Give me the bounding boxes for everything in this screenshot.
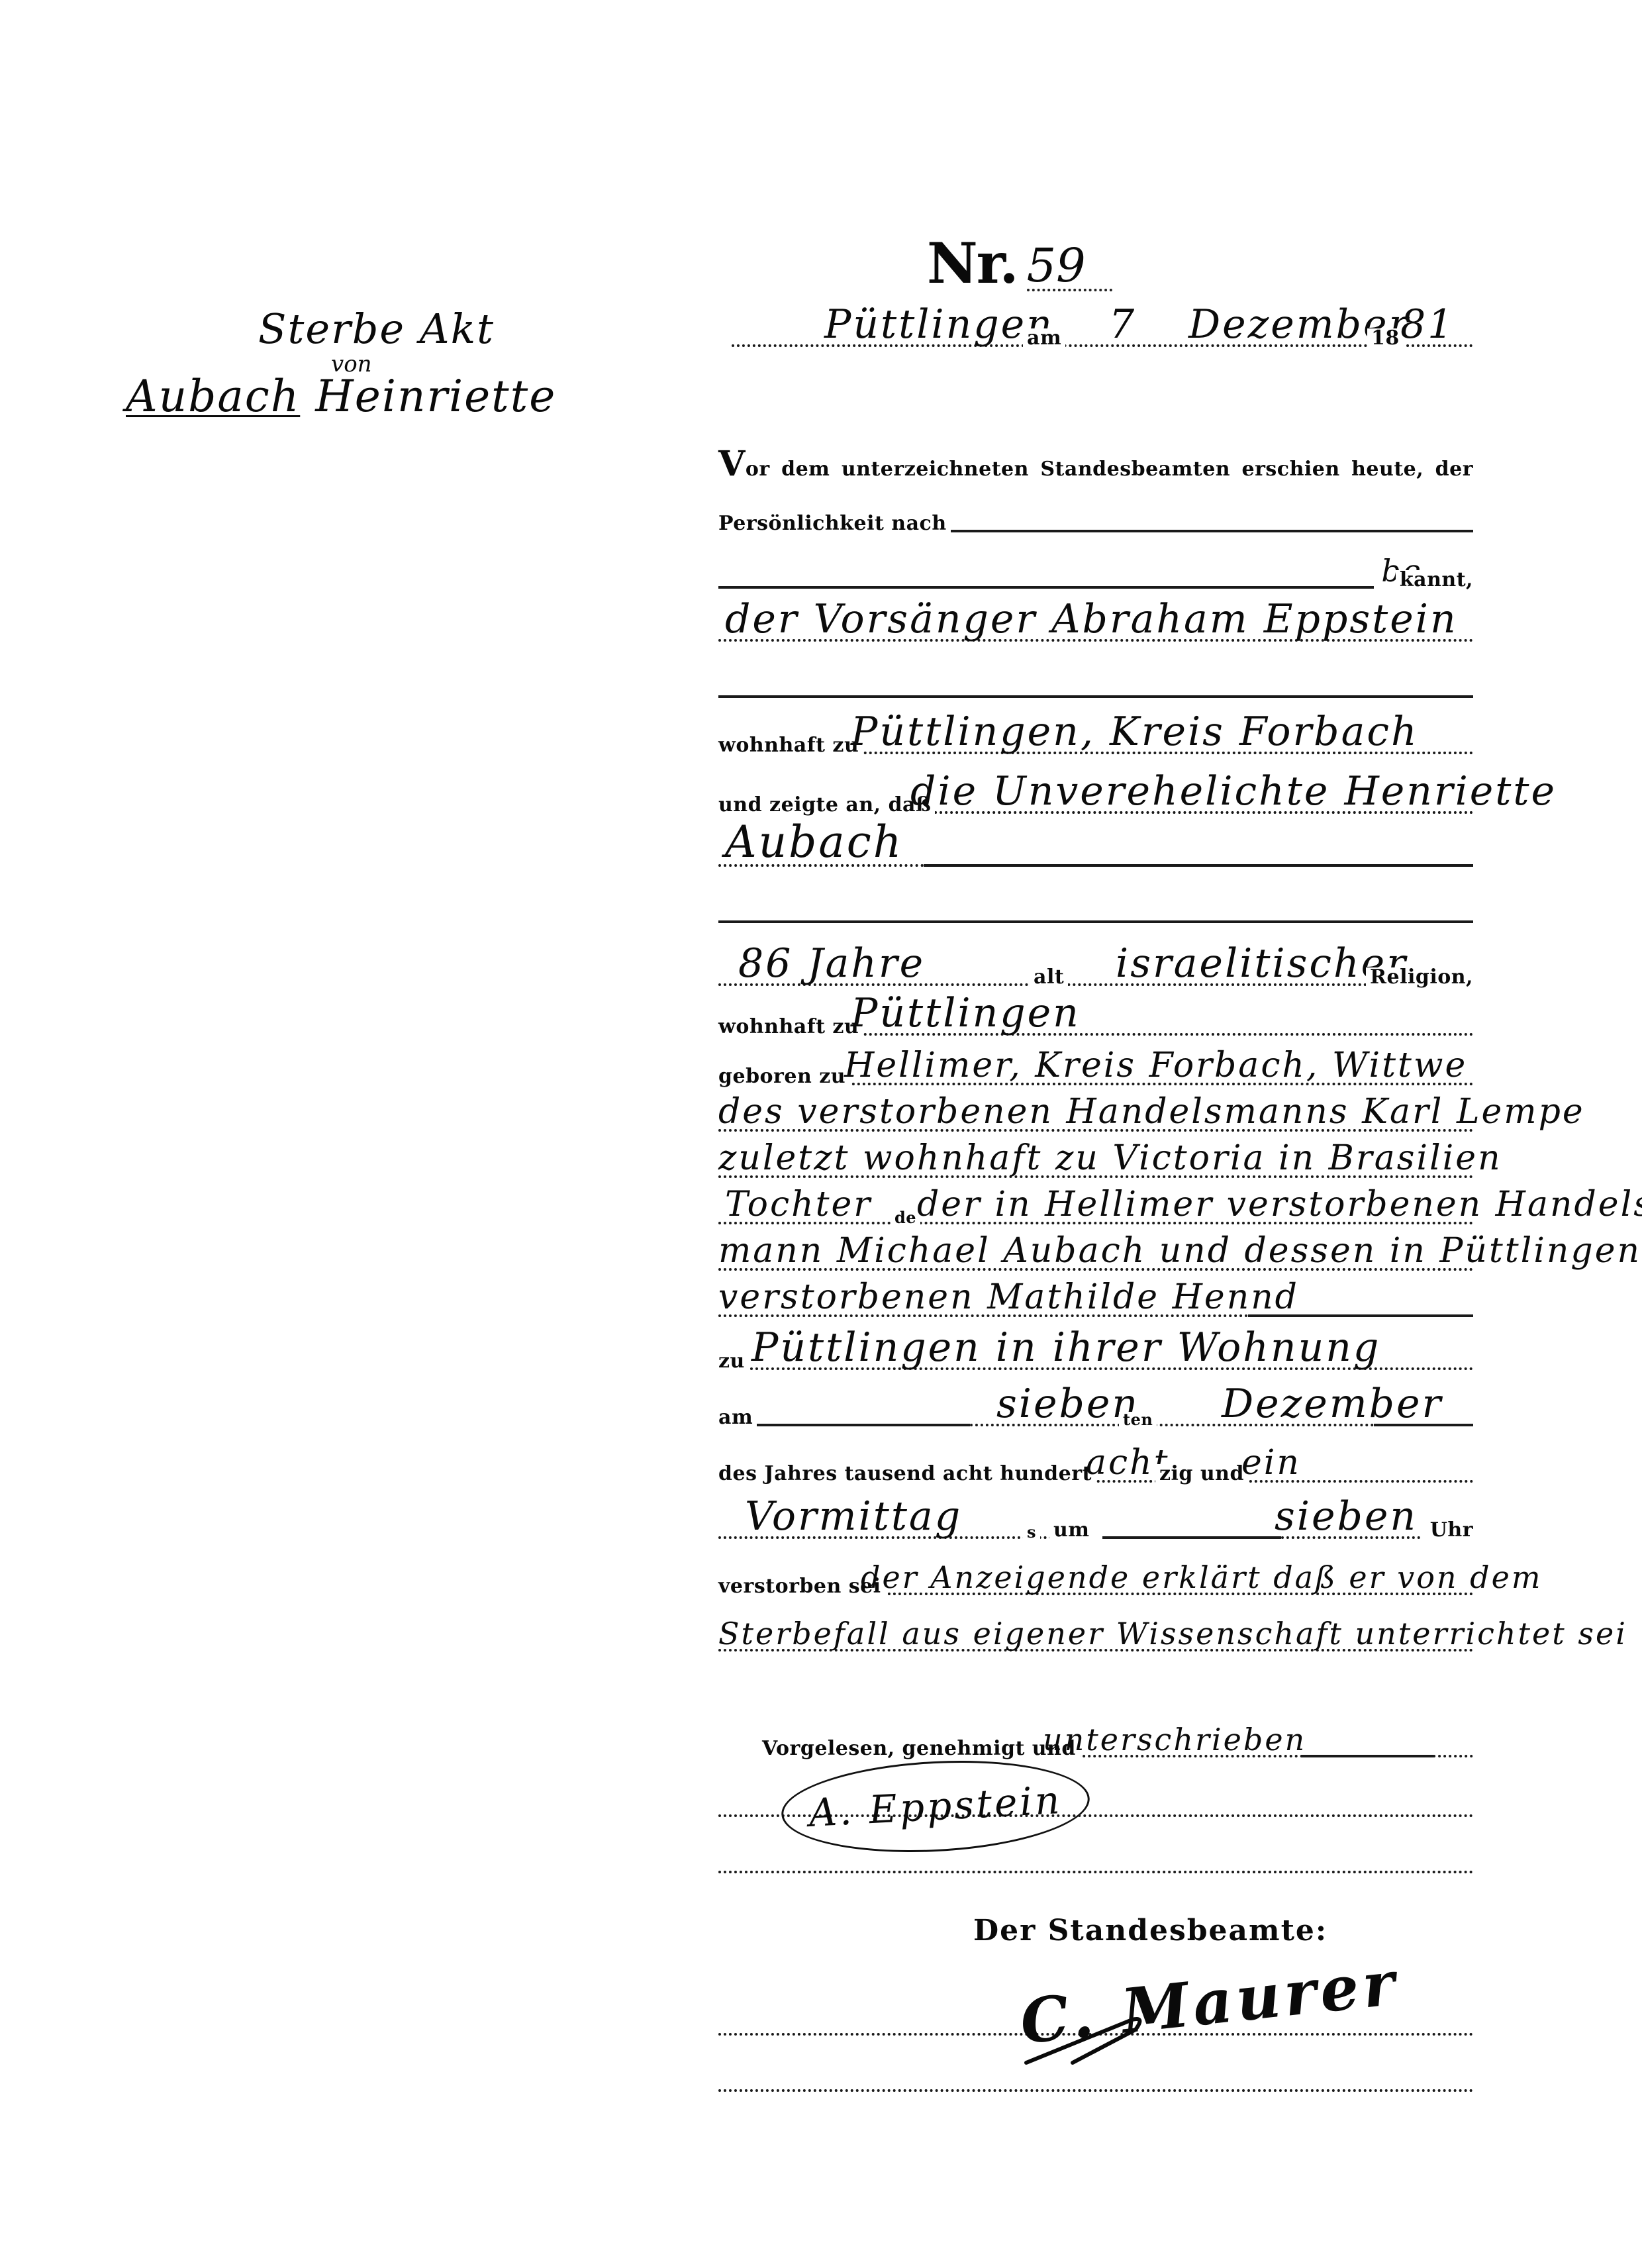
parents-row: Tochter de der in Hellimer verstorbenen … <box>718 1182 1473 1228</box>
blank-row-2 <box>718 881 1473 927</box>
am-label: am <box>1023 328 1065 348</box>
parents-row-2: mann Michael Aubach und dessen in Püttli… <box>718 1228 1473 1275</box>
deceased-residence-label: wohnhaft zu <box>714 1017 863 1037</box>
statement-line2: Sterbefall aus eigener Wissenschaft unte… <box>718 1618 1627 1649</box>
deceased-residence: Püttlingen <box>851 993 1081 1033</box>
deceased-surname-row: Aubach <box>718 824 1473 871</box>
margin-note-name: Aubach Heinriette <box>126 371 556 422</box>
birth-line1: Hellimer, Kreis Forbach, Wittwe <box>844 1048 1467 1083</box>
s-label: s <box>1023 1524 1040 1540</box>
um-label: um <box>1049 1520 1094 1540</box>
time-of-day: Vormittag <box>745 1497 962 1536</box>
death-place-row: zu Püttlingen in ihrer Wohnung <box>718 1328 1473 1374</box>
uhr-label: Uhr <box>1426 1520 1477 1540</box>
known-row: be kannt, <box>718 546 1473 593</box>
announce-row: und zeigte an, daß die Unverehelichte He… <box>718 771 1473 818</box>
intro-line: Vor dem unterzeichneten Standesbeamten e… <box>718 447 1473 481</box>
known-label: kannt, <box>1396 570 1477 590</box>
alt-label: alt <box>1030 967 1068 987</box>
death-register-page: Sterbe Akt von Aubach Heinriette Nr. 59 … <box>0 0 1642 2268</box>
birth-row-3: zuletzt wohnhaft zu Victoria in Brasilie… <box>718 1136 1473 1182</box>
deceased-residence-row: wohnhaft zu Püttlingen <box>718 993 1473 1040</box>
died-row: verstorben sei der Anzeigende erklärt da… <box>718 1553 1473 1599</box>
registrar-title: Der Standesbeamte: <box>973 1914 1328 1948</box>
death-day: sieben <box>996 1384 1139 1424</box>
born-label: geboren zu <box>714 1067 849 1087</box>
death-month: Dezember <box>1222 1384 1443 1424</box>
identity-label: Persönlichkeit nach <box>714 514 951 534</box>
margin-note: Sterbe Akt von Aubach Heinriette <box>126 291 497 437</box>
closing-value: unterschrieben <box>1043 1724 1306 1755</box>
closing-label: Vorgelesen, genehmigt und <box>758 1739 1080 1759</box>
intro-sentence: Vor dem unterzeichneten Standesbeamten e… <box>718 447 1473 481</box>
birth-row: geboren zu Hellimer, Kreis Forbach, Witt… <box>718 1043 1473 1089</box>
death-time-row: Vormittag s um sieben Uhr <box>718 1497 1473 1543</box>
margin-note-given-name: Heinriette <box>315 371 556 422</box>
closing-row: Vorgelesen, genehmigt und unterschrieben <box>718 1715 1473 1761</box>
informant-row: der Vorsänger Abraham Eppstein <box>718 599 1473 646</box>
deceased-line1: die Unverehelichte Henriette <box>910 771 1557 811</box>
place-date-line: Püttlingen am 7 Dezember 18 81 <box>732 298 1473 351</box>
birth-line3: zuletzt wohnhaft zu Victoria in Brasilie… <box>718 1141 1502 1175</box>
register-place: Püttlingen <box>824 305 1054 344</box>
deceased-surname: Aubach <box>725 820 903 864</box>
ten-label: ten <box>1119 1412 1157 1428</box>
year-label: des Jahres tausend acht hundert <box>714 1464 1096 1484</box>
registrar-signature-flourish-icon <box>1020 2006 1218 2066</box>
informant-name: der Vorsänger Abraham Eppstein <box>725 599 1458 639</box>
parents-row-3: verstorbenen Mathilde Hennd <box>718 1275 1473 1321</box>
zig-label: zig und <box>1155 1464 1248 1484</box>
birth-line2: des verstorbenen Handelsmanns Karl Lempe <box>718 1095 1585 1129</box>
parents-line3: verstorbenen Mathilde Hennd <box>718 1280 1299 1314</box>
statement-line1: der Anzeigende erklärt daß er von dem <box>861 1562 1542 1593</box>
parents-line1: der in Hellimer verstorbenen Handels- <box>917 1187 1642 1222</box>
year-suffix: 81 <box>1400 305 1455 344</box>
parents-line2: mann Michael Aubach und dessen in Püttli… <box>718 1234 1641 1268</box>
death-date-label: am <box>714 1408 757 1428</box>
birth-row-2: des verstorbenen Handelsmanns Karl Lempe <box>718 1089 1473 1136</box>
residence-label: wohnhaft zu <box>714 736 863 756</box>
informant-residence-row: wohnhaft zu Püttlingen, Kreis Forbach <box>718 712 1473 758</box>
death-year-row: des Jahres tausend acht hundert acht zig… <box>718 1440 1473 1487</box>
intro-text: Vor dem unterzeichneten Standesbeamten e… <box>718 447 1473 481</box>
announce-label: und zeigte an, daß <box>714 795 935 815</box>
record-number-label: Nr. <box>927 236 1018 291</box>
death-place: Püttlingen in ihrer Wohnung <box>751 1328 1380 1367</box>
death-place-label: zu <box>714 1352 749 1371</box>
religion-label: Religion, <box>1366 967 1477 987</box>
margin-note-line1: Sterbe Akt <box>258 305 495 353</box>
daughter-word: Tochter <box>725 1187 872 1222</box>
informant-signature-text: A. Eppstein <box>808 1777 1063 1836</box>
death-hour: sieben <box>1275 1497 1418 1536</box>
died-label: verstorben sei <box>714 1577 885 1597</box>
register-day: 7 <box>1109 305 1136 344</box>
informant-residence: Püttlingen, Kreis Forbach <box>851 712 1419 752</box>
record-number-value: 59 <box>1027 242 1112 291</box>
record-number: Nr. 59 <box>927 212 1112 291</box>
deceased-age: 86 Jahre <box>738 944 925 983</box>
death-date-row: am sieben ten Dezember <box>718 1384 1473 1430</box>
blank-row-1 <box>718 656 1473 702</box>
deceased-religion: israelitischer <box>1116 944 1408 983</box>
year-unit: ein <box>1241 1446 1301 1480</box>
identity-row: Persönlichkeit nach <box>718 490 1473 536</box>
age-religion-row: 86 Jahre alt israelitischer Religion, <box>718 944 1473 990</box>
parents-label: de <box>891 1210 920 1226</box>
margin-note-surname: Aubach <box>126 371 300 422</box>
statement-row-2: Sterbefall aus eigener Wissenschaft unte… <box>718 1609 1473 1655</box>
year-prefix: 18 <box>1367 328 1404 348</box>
